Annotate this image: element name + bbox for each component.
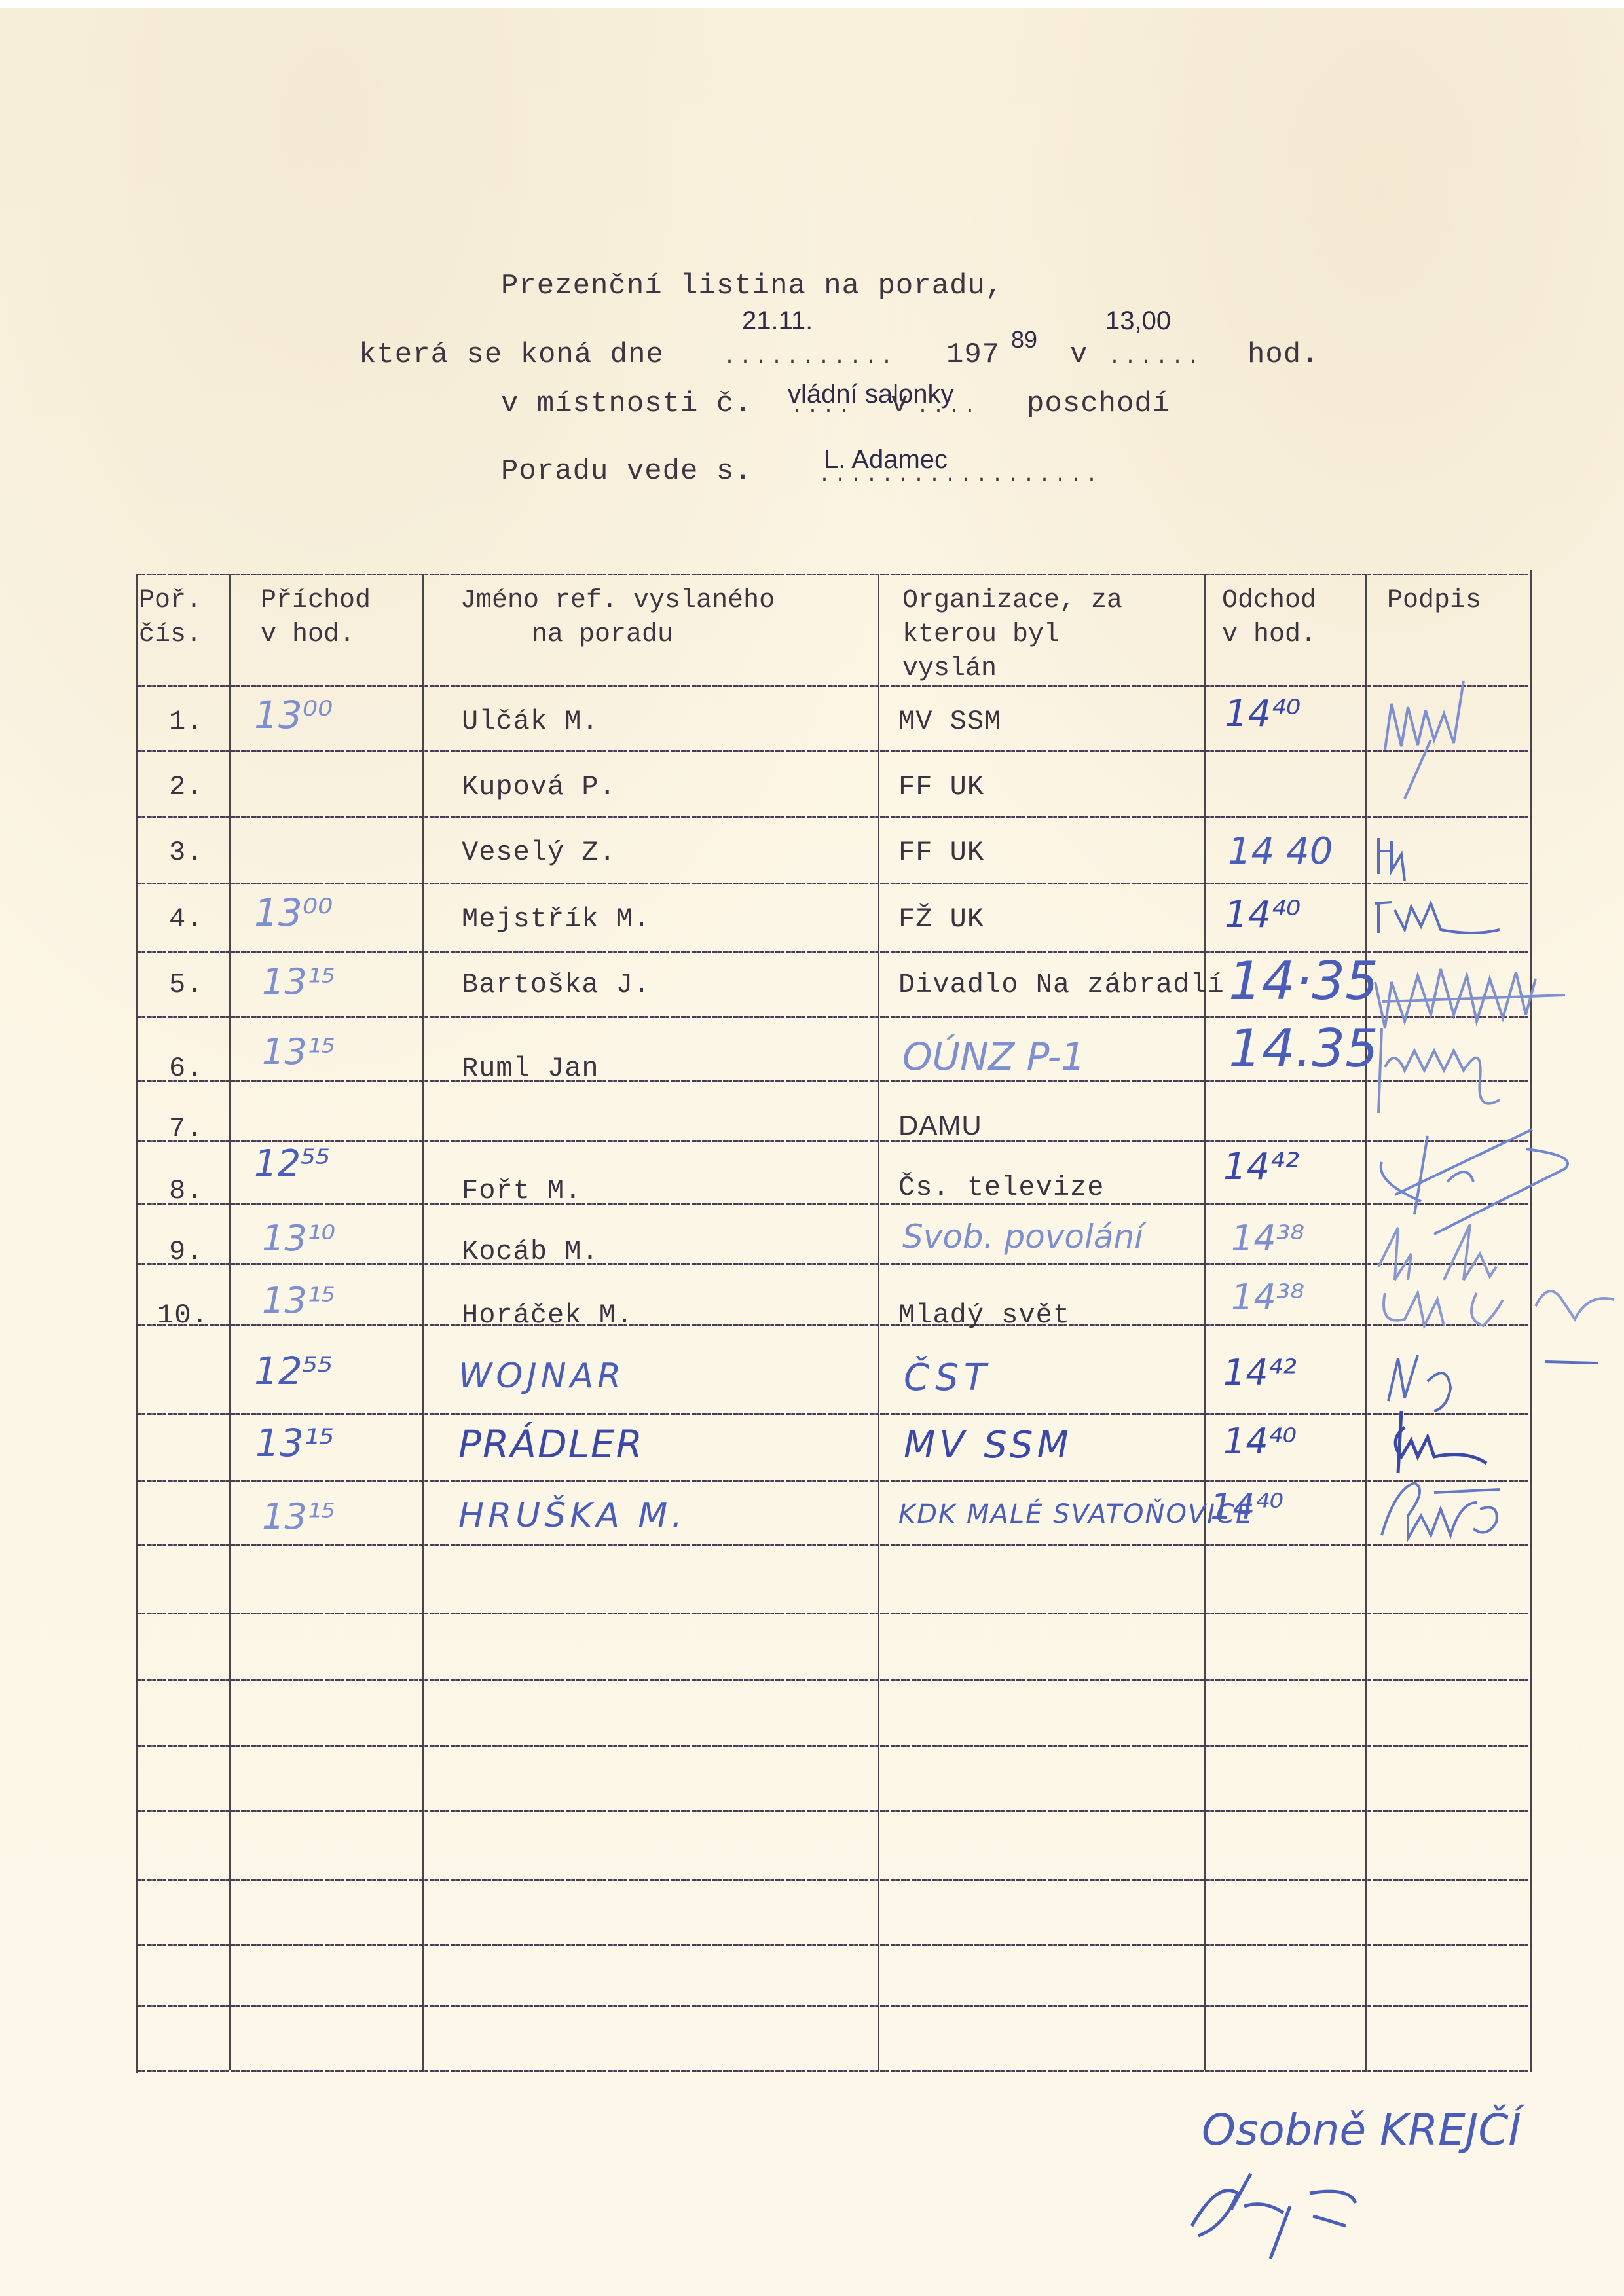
row-divider bbox=[136, 816, 1532, 818]
time-dotted-line: ...... bbox=[1109, 347, 1203, 369]
col-divider-org bbox=[1204, 574, 1206, 2070]
header-organization: Organizace, za kterou byl vyslán bbox=[902, 584, 1122, 686]
departure-time: 14⁴² bbox=[1223, 1352, 1297, 1393]
arrival-time: 13⁰⁰ bbox=[254, 693, 333, 737]
attendee-name: Mejstřík M. bbox=[462, 903, 650, 935]
chair-label: Poradu vede s. bbox=[501, 455, 752, 488]
attendee-name: HRUŠKA M. bbox=[458, 1496, 686, 1535]
signature-mark bbox=[1369, 1476, 1539, 1548]
arrival-time: 13¹⁰ bbox=[262, 1218, 335, 1259]
row-divider bbox=[136, 883, 1532, 884]
header-departure: Odchod v hod. bbox=[1222, 584, 1316, 652]
row-divider bbox=[136, 1140, 1532, 1142]
attendee-name: Bartoška J. bbox=[462, 969, 650, 1000]
signature-mark bbox=[1365, 668, 1536, 818]
meeting-date-label: která se koná dne bbox=[359, 338, 664, 371]
organization: OÚNZ P-1 bbox=[902, 1034, 1085, 1079]
header-signature: Podpis bbox=[1387, 584, 1481, 618]
departure-time: 14·35 bbox=[1228, 951, 1378, 1011]
room-dotted-line: .... bbox=[791, 396, 854, 418]
attendee-name: Kocáb M. bbox=[462, 1236, 599, 1267]
departure-time: 14⁴² bbox=[1223, 1146, 1299, 1188]
header-arrival: Příchod v hod. bbox=[261, 584, 371, 652]
row-divider bbox=[136, 1810, 1532, 1812]
meeting-date-value: 21.11. bbox=[742, 306, 813, 336]
hour-suffix: hod. bbox=[1247, 338, 1319, 371]
year-prefix: 197 bbox=[946, 338, 1000, 371]
table-border-bottom bbox=[136, 2070, 1532, 2072]
organization: DAMU bbox=[898, 1110, 982, 1141]
chair-dotted-line: .................. bbox=[819, 465, 1101, 487]
row-divider bbox=[136, 1745, 1532, 1747]
signature-mark bbox=[1369, 1021, 1532, 1120]
row-divider bbox=[136, 1879, 1532, 1881]
row-divider bbox=[136, 1080, 1532, 1082]
departure-time: 14³⁸ bbox=[1231, 1218, 1304, 1259]
row-number: 1. bbox=[169, 706, 203, 737]
attendee-name: PRÁDLER bbox=[458, 1422, 644, 1467]
scan-top-edge bbox=[0, 0, 1624, 8]
departure-time: 14⁴⁰ bbox=[1210, 1486, 1283, 1527]
row-divider bbox=[136, 1324, 1532, 1326]
header-divider bbox=[136, 685, 1532, 687]
row-number: 8. bbox=[169, 1175, 203, 1207]
attendee-name: WOJNAR bbox=[458, 1357, 625, 1396]
header-name: Jméno ref. vyslaného bbox=[460, 584, 775, 618]
organization: FŽ UK bbox=[898, 903, 984, 935]
organization: Divadlo Na zábradlí bbox=[898, 969, 1225, 1000]
row-divider bbox=[136, 1203, 1532, 1205]
row-divider bbox=[136, 1613, 1532, 1614]
row-divider bbox=[136, 1480, 1532, 1482]
col-divider-arrival bbox=[422, 574, 424, 2070]
footer-signature bbox=[1179, 2167, 1441, 2272]
arrival-time: 12⁵⁵ bbox=[254, 1142, 330, 1185]
row-divider bbox=[136, 1544, 1532, 1546]
departure-time: 14.35 bbox=[1228, 1018, 1378, 1079]
arrival-time: 13¹⁵ bbox=[262, 1280, 335, 1321]
organization: Mladý svět bbox=[898, 1300, 1070, 1331]
row-divider bbox=[136, 1679, 1532, 1681]
date-dotted-line: ........... bbox=[724, 347, 896, 369]
header-num: Poř. čís. bbox=[139, 584, 202, 652]
signature-mark bbox=[1369, 831, 1434, 884]
departure-time: 14⁴⁰ bbox=[1223, 1421, 1297, 1462]
row-divider bbox=[136, 1944, 1532, 1946]
row-divider bbox=[136, 2005, 1532, 2007]
row-divider bbox=[136, 1263, 1532, 1265]
row-number: 10. bbox=[157, 1300, 209, 1331]
departure-time: 14⁴⁰ bbox=[1225, 894, 1301, 936]
arrival-time: 13¹⁵ bbox=[262, 1496, 335, 1537]
row-number: 3. bbox=[169, 837, 203, 868]
signature-mark bbox=[1369, 1401, 1539, 1486]
row-number: 7. bbox=[169, 1113, 203, 1144]
signature-mark bbox=[1369, 890, 1532, 949]
arrival-time: 13¹⁵ bbox=[262, 961, 335, 1002]
footer-note: Osobně KREJČÍ bbox=[1202, 2105, 1521, 2155]
organization: MV SSM bbox=[898, 706, 1001, 737]
organization: FF UK bbox=[898, 771, 984, 803]
organization: Čs. televize bbox=[898, 1172, 1104, 1203]
organization: FF UK bbox=[898, 837, 984, 868]
departure-time: 14⁴⁰ bbox=[1225, 693, 1301, 735]
attendee-name: Ulčák M. bbox=[462, 706, 599, 737]
arrival-time: 13¹⁵ bbox=[255, 1421, 334, 1465]
attendee-name: Veselý Z. bbox=[462, 837, 616, 868]
arrival-time: 13⁰⁰ bbox=[254, 890, 333, 935]
time-at-label: v bbox=[1070, 338, 1088, 371]
attendee-name: Horáček M. bbox=[462, 1300, 633, 1331]
arrival-time: 12⁵⁵ bbox=[254, 1349, 333, 1393]
meeting-time-value: 13,00 bbox=[1105, 306, 1171, 336]
col-divider-name bbox=[878, 574, 879, 2070]
room-label: v místnosti č. bbox=[501, 388, 752, 420]
row-divider bbox=[136, 750, 1532, 752]
attendee-name: Kupová P. bbox=[462, 771, 616, 803]
row-number: 9. bbox=[169, 1236, 203, 1267]
table-border-left bbox=[136, 574, 138, 2073]
departure-time: 14³⁸ bbox=[1231, 1277, 1304, 1318]
table-border-top bbox=[136, 574, 1532, 575]
attendee-name: Ruml Jan bbox=[462, 1053, 599, 1084]
row-number: 2. bbox=[169, 771, 203, 803]
row-divider bbox=[136, 1413, 1532, 1415]
departure-time: 14 40 bbox=[1228, 830, 1333, 873]
year-suffix-value: 89 bbox=[1011, 326, 1037, 354]
arrival-time: 13¹⁵ bbox=[262, 1031, 335, 1072]
organization: KDK MALÉ SVATOŇOVICE bbox=[898, 1499, 1253, 1529]
document-title: Prezenční listina na poradu, bbox=[501, 270, 1003, 302]
attendee-name: Fořt M. bbox=[462, 1175, 581, 1207]
row-number: 6. bbox=[169, 1053, 203, 1084]
organization: ČST bbox=[904, 1357, 991, 1399]
row-number: 5. bbox=[169, 969, 203, 1000]
col-divider-num bbox=[229, 574, 231, 2070]
floor-mid: v bbox=[891, 388, 908, 420]
organization: MV SSM bbox=[904, 1424, 1073, 1467]
row-number: 4. bbox=[169, 903, 203, 935]
floor-dotted-line: .... bbox=[917, 396, 980, 418]
header-name-line2: na poradu bbox=[532, 618, 673, 652]
organization: Svob. povolání bbox=[902, 1218, 1143, 1256]
floor-label: poschodí bbox=[1027, 388, 1170, 420]
